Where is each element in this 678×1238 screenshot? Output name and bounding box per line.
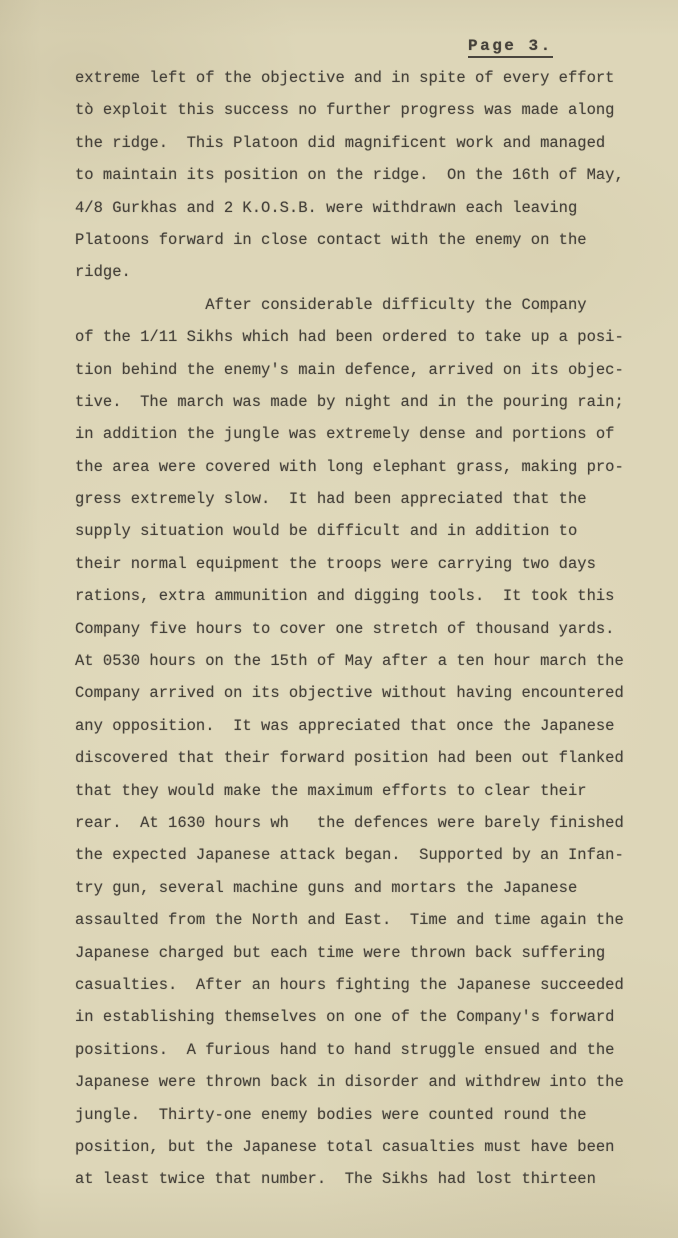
text-line: the ridge. This Platoon did magnificent …	[75, 127, 655, 159]
text-line: that they would make the maximum efforts…	[75, 775, 655, 807]
text-line: rear. At 1630 hours wh the defences were…	[75, 807, 655, 839]
text-line: in establishing themselves on one of the…	[75, 1001, 655, 1033]
text-line: rations, extra ammunition and digging to…	[75, 580, 655, 612]
text-line: casualties. After an hours fighting the …	[75, 969, 655, 1001]
text-line: Company arrived on its objective without…	[75, 677, 655, 709]
text-line: 4/8 Gurkhas and 2 K.O.S.B. were withdraw…	[75, 192, 655, 224]
text-line: the area were covered with long elephant…	[75, 451, 655, 483]
text-line: gress extremely slow. It had been apprec…	[75, 483, 655, 515]
document-page: Page 3. extreme left of the objective an…	[0, 0, 678, 1238]
text-line: jungle. Thirty-one enemy bodies were cou…	[75, 1099, 655, 1131]
text-line: Company five hours to cover one stretch …	[75, 613, 655, 645]
text-line: After considerable difficulty the Compan…	[75, 289, 655, 321]
text-line: at least twice that number. The Sikhs ha…	[75, 1163, 655, 1195]
text-line: discovered that their forward position h…	[75, 742, 655, 774]
text-line: try gun, several machine guns and mortar…	[75, 872, 655, 904]
text-line: their normal equipment the troops were c…	[75, 548, 655, 580]
text-line: supply situation would be difficult and …	[75, 515, 655, 547]
text-line: tò exploit this success no further progr…	[75, 94, 655, 126]
text-line: assaulted from the North and East. Time …	[75, 904, 655, 936]
text-line: tive. The march was made by night and in…	[75, 386, 655, 418]
text-line: in addition the jungle was extremely den…	[75, 418, 655, 450]
text-line: Japanese were thrown back in disorder an…	[75, 1066, 655, 1098]
text-line: extreme left of the objective and in spi…	[75, 62, 655, 94]
text-line: the expected Japanese attack began. Supp…	[75, 839, 655, 871]
text-line: Japanese charged but each time were thro…	[75, 937, 655, 969]
text-line: Platoons forward in close contact with t…	[75, 224, 655, 256]
text-line: positions. A furious hand to hand strugg…	[75, 1034, 655, 1066]
text-line: position, but the Japanese total casualt…	[75, 1131, 655, 1163]
text-line: At 0530 hours on the 15th of May after a…	[75, 645, 655, 677]
text-line: tion behind the enemy's main defence, ar…	[75, 354, 655, 386]
text-line: ridge.	[75, 256, 655, 288]
text-line: any opposition. It was appreciated that …	[75, 710, 655, 742]
page-number: Page 3.	[468, 37, 553, 58]
text-line: of the 1/11 Sikhs which had been ordered…	[75, 321, 655, 353]
document-body: extreme left of the objective and in spi…	[75, 62, 655, 1196]
text-line: to maintain its position on the ridge. O…	[75, 159, 655, 191]
